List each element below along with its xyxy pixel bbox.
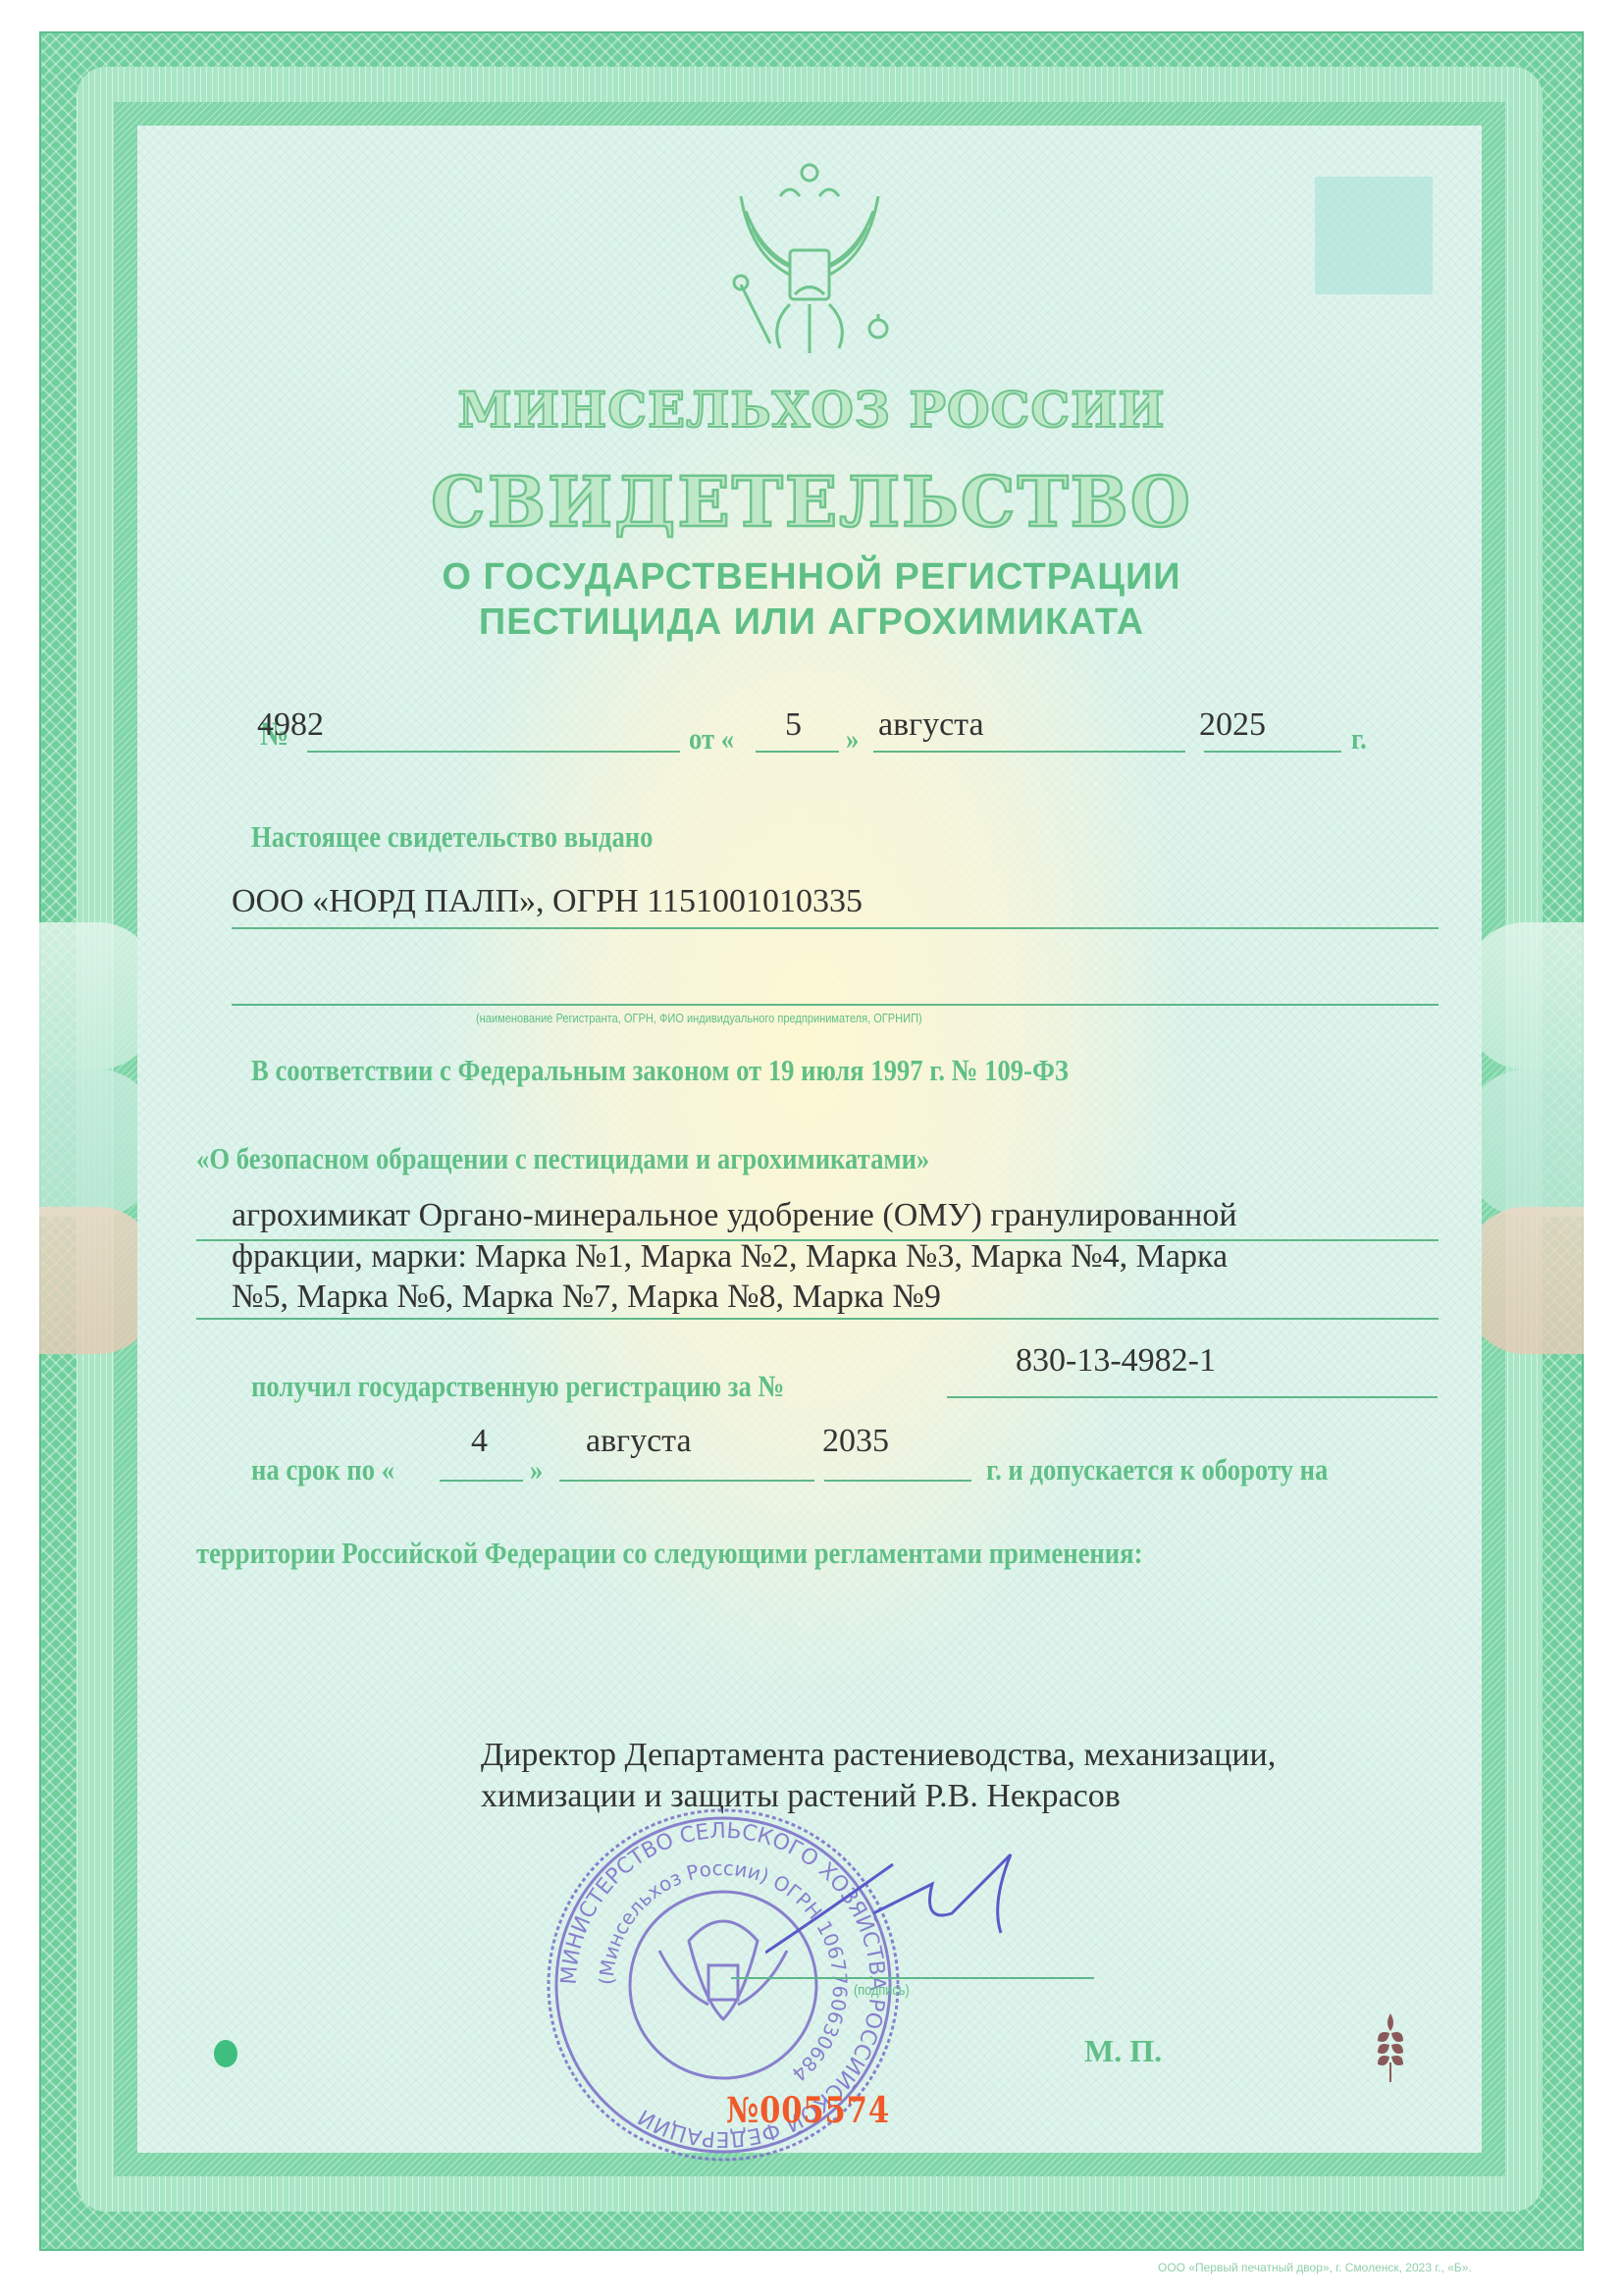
decorative-ribbon (1466, 1207, 1584, 1354)
registrant-underline-1 (232, 927, 1439, 929)
issue-month: августа (878, 706, 984, 744)
day-underline (756, 751, 839, 753)
decorative-ribbon (1466, 1070, 1584, 1217)
decorative-ribbon (1466, 922, 1584, 1070)
registrant-underline-2 (232, 1004, 1439, 1006)
document-title: СВИДЕТЕЛЬСТВО (0, 461, 1623, 543)
law-title: «О безопасном обращении с пестицидами и … (196, 1141, 929, 1176)
double-headed-eagle-icon (721, 157, 898, 363)
signature-underline (731, 1977, 1094, 1979)
territory-text: территории Российской Федерации со следу… (196, 1536, 1142, 1571)
issue-year: 2025 (1199, 706, 1266, 744)
security-dot (214, 2040, 237, 2067)
product-line-3: №5, Марка №6, Марка №7, Марка №8, Марка … (232, 1278, 941, 1316)
product-line-2: фракции, марки: Марка №1, Марка №2, Марк… (232, 1238, 1228, 1276)
date-quote-close: » (846, 721, 859, 757)
signature-scribble (765, 1845, 1040, 1992)
term-suffix: г. и допускается к обороту на (986, 1452, 1328, 1487)
hologram-area (1315, 177, 1433, 294)
subtitle-line-1: О ГОСУДАРСТВЕННОЙ РЕГИСТРАЦИИ (0, 554, 1623, 600)
term-quote-close: » (530, 1452, 543, 1487)
year-underline (1204, 751, 1341, 753)
certificate-number: 4982 (257, 706, 324, 744)
registration-label: получил государственную регистрацию за № (251, 1369, 784, 1404)
document-subtitle: О ГОСУДАРСТВЕННОЙ РЕГИСТРАЦИИ ПЕСТИЦИДА … (0, 554, 1623, 645)
number-underline (307, 751, 680, 753)
date-from-label: от « (689, 721, 734, 757)
form-serial-number: №005574 (726, 2090, 890, 2131)
year-suffix: г. (1351, 721, 1367, 757)
term-month-underline (559, 1480, 814, 1482)
month-underline (873, 751, 1185, 753)
issued-to-label: Настоящее свидетельство выдано (251, 819, 653, 855)
seal-place-label: М. П. (1084, 2033, 1162, 2069)
product-underline-2 (196, 1318, 1439, 1320)
printer-imprint: ООО «Первый печатный двор», г. Смоленск,… (1158, 2261, 1472, 2274)
registration-number: 830-13-4982-1 (1016, 1342, 1216, 1380)
registrant-name: ООО «НОРД ПАЛП», ОГРН 1151001010335 (232, 883, 863, 920)
term-day-underline (440, 1480, 523, 1482)
term-year-underline (824, 1480, 971, 1482)
registrant-hint: (наименование Регистранта, ОГРН, ФИО инд… (476, 1011, 922, 1025)
signatory-line-1: Директор Департамента растениеводства, м… (481, 1737, 1276, 1774)
term-label: на срок по « (251, 1452, 394, 1487)
signature-hint: (подпись) (854, 1982, 910, 1999)
term-month: августа (586, 1423, 692, 1460)
product-line-1: агрохимикат Органо-минеральное удобрение… (232, 1197, 1237, 1234)
law-reference: В соответствии с Федеральным законом от … (251, 1053, 1069, 1088)
issue-day: 5 (785, 706, 802, 744)
subtitle-line-2: ПЕСТИЦИДА ИЛИ АГРОХИМИКАТА (0, 600, 1623, 645)
registration-underline (947, 1396, 1438, 1398)
term-year: 2035 (822, 1423, 889, 1460)
term-day: 4 (471, 1423, 488, 1460)
ministry-title: МИНСЕЛЬХОЗ РОССИИ (0, 381, 1623, 439)
wheat-ear-icon (1376, 2013, 1405, 2082)
